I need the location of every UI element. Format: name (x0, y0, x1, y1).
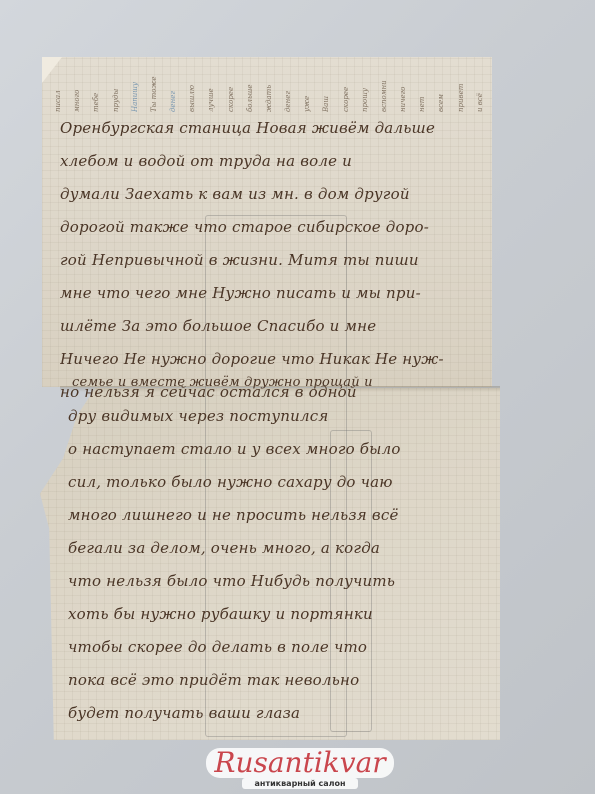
margin-note: Ваш (322, 62, 330, 112)
margin-note: ничего (399, 62, 407, 112)
handwritten-line: гой Непривычной в жизни. Митя ты пиши (60, 244, 490, 277)
margin-note: нет (418, 62, 426, 112)
handwritten-line: много лишнего и не просить нельзя всё (68, 499, 498, 532)
margin-note: ждать (265, 62, 273, 112)
handwritten-line: дорогой также что старое сибирское доро- (60, 211, 490, 244)
margin-note: прошу (361, 62, 369, 112)
margin-note: скорее (342, 62, 350, 112)
margin-note: больше (246, 62, 254, 112)
letter-lower-text: дру видимых через поступился о наступает… (68, 400, 498, 730)
handwritten-line: чтобы скорее до делать в поле что (68, 631, 498, 664)
handwritten-line: думали Заехать к вам из мн. в дом другой (60, 178, 490, 211)
handwritten-line: пока всё это придёт так невольно (68, 664, 498, 697)
handwritten-line: сил, только было нужно сахару до чаю (68, 466, 498, 499)
margin-note: Ты тоже (150, 62, 158, 112)
handwritten-line: семье и вместе живём дружно прощай и (72, 372, 502, 394)
letter-fold-line: семье и вместе живём дружно прощай и (72, 372, 502, 394)
handwritten-line: что нельзя было что Нибудь получить (68, 565, 498, 598)
margin-note: вышлю (188, 62, 196, 112)
watermark-brand: Rusantikvar (206, 748, 393, 778)
margin-note: денег (169, 62, 177, 112)
margin-note: вспомни (380, 62, 388, 112)
handwritten-line: хоть бы нужно рубашку и портянки (68, 598, 498, 631)
handwritten-line: шлёте За это большое Спасибо и мне (60, 310, 490, 343)
margin-note: и всё (476, 62, 484, 112)
watermark: Rusantikvar антикварный салон (200, 748, 400, 792)
top-margin-notes: писал много тебе пруды Напишу Ты тоже де… (54, 62, 484, 112)
handwritten-line: бегали за делом, очень много, а когда (68, 532, 498, 565)
margin-note: писал (54, 62, 62, 112)
handwritten-line: Оренбургская станица Новая живём дальше (60, 112, 490, 145)
margin-note: скорее (227, 62, 235, 112)
margin-note: пруды (112, 62, 120, 112)
photograph: писал много тебе пруды Напишу Ты тоже де… (0, 0, 595, 794)
handwritten-line: хлебом и водой от труда на воле и (60, 145, 490, 178)
margin-note: всем (437, 62, 445, 112)
watermark-subtitle: антикварный салон (242, 778, 358, 789)
letter-upper-text: Оренбургская станица Новая живём дальше … (60, 112, 490, 409)
handwritten-line: мне что чего мне Нужно писать и мы при- (60, 277, 490, 310)
margin-note: много (73, 62, 81, 112)
margin-note: тебе (92, 62, 100, 112)
handwritten-line: будет получать ваши глаза (68, 697, 498, 730)
handwritten-line: о наступает стало и у всех много было (68, 433, 498, 466)
margin-note: привет (457, 62, 465, 112)
handwritten-line: дру видимых через поступился (68, 400, 498, 433)
margin-note: денег (284, 62, 292, 112)
margin-note: лучше (207, 62, 215, 112)
margin-note: уже (303, 62, 311, 112)
margin-note: Напишу (131, 62, 139, 112)
